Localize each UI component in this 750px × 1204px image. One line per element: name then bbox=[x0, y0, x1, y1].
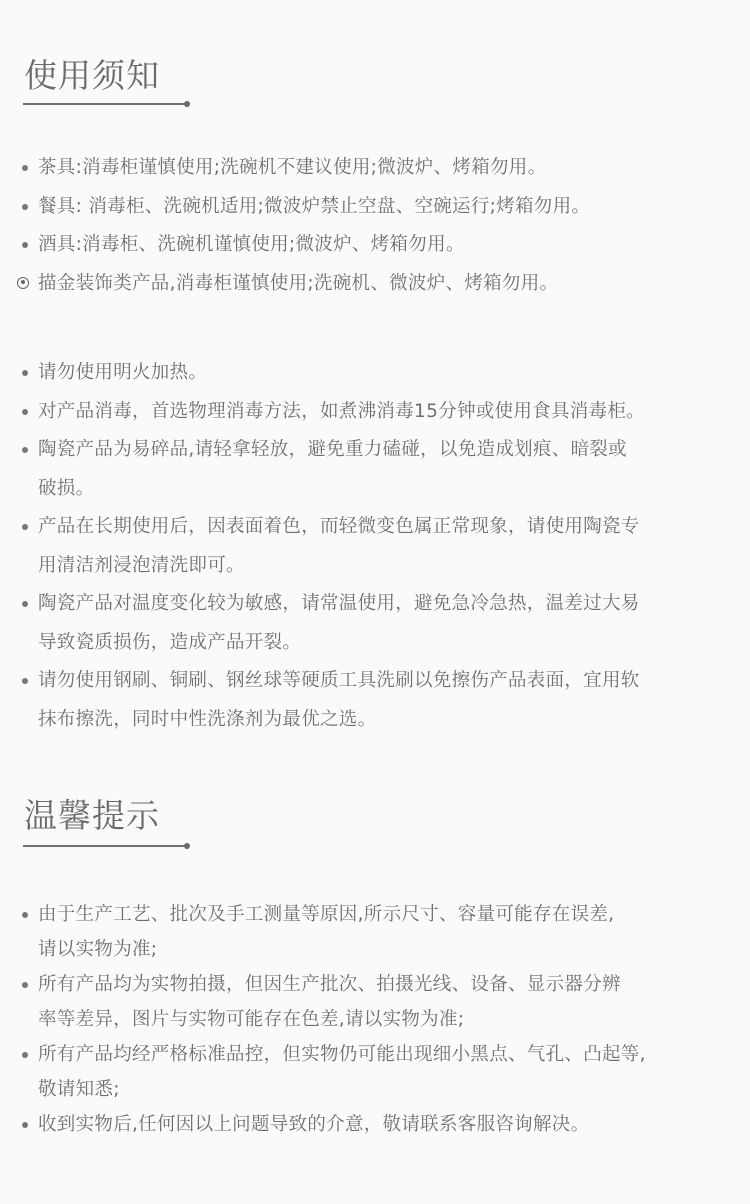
item-text: 请勿使用明火加热。 bbox=[38, 362, 207, 383]
list-item: 餐具: 消毒柜、洗碗机适用;微波炉禁止空盘、空碗运行;烤箱勿用。 bbox=[0, 188, 750, 227]
list-item: 产品在长期使用后，因表面着色，而轻微变色属正常现象，请使用陶瓷专 用清洁剂浸泡清… bbox=[0, 508, 750, 585]
list-item: 陶瓷产品对温度变化较为敏感，请常温使用，避免急冷急热，温差过大易 导致瓷质损伤，… bbox=[0, 585, 750, 662]
item-text-line: 产品在长期使用后，因表面着色，而轻微变色属正常现象，请使用陶瓷专 bbox=[38, 516, 640, 537]
item-text: 餐具: 消毒柜、洗碗机适用;微波炉禁止空盘、空碗运行;烤箱勿用。 bbox=[38, 196, 590, 217]
underline-end-dot-icon bbox=[184, 101, 190, 107]
item-text-line: 敬请知悉; bbox=[38, 1079, 120, 1100]
circled-dot-icon bbox=[17, 277, 29, 289]
list-item: 请勿使用钢刷、铜刷、钢丝球等硬质工具洗刷以免擦伤产品表面，宜用软 抹布擦洗，同时… bbox=[0, 662, 750, 739]
item-text: 收到实物后,任何因以上问题导致的介意，敬请联系客服咨询解决。 bbox=[38, 1114, 589, 1135]
list-item: 茶具:消毒柜谨慎使用;洗碗机不建议使用;微波炉、烤箱勿用。 bbox=[0, 149, 750, 188]
bullet-dot-icon bbox=[22, 982, 28, 988]
tips-list: 由于生产工艺、批次及手工测量等原因,所示尺寸、容量可能存在误差, 请以实物为准;… bbox=[0, 897, 750, 1142]
item-text-line: 所有产品均为实物拍摄，但因生产批次、拍摄光线、设备、显示器分辨 bbox=[38, 974, 621, 995]
underline-end-dot-icon bbox=[184, 843, 190, 849]
bullet-dot-icon bbox=[22, 1122, 28, 1128]
list-item: 描金装饰类产品,消毒柜谨慎使用;洗碗机、微波炉、烤箱勿用。 bbox=[0, 265, 750, 304]
bullet-dot-icon bbox=[22, 678, 28, 684]
bullet-dot-icon bbox=[22, 204, 28, 210]
list-item: 由于生产工艺、批次及手工测量等原因,所示尺寸、容量可能存在误差, 请以实物为准; bbox=[0, 897, 750, 967]
item-text-line: 请以实物为准; bbox=[38, 939, 157, 960]
bullet-dot-icon bbox=[22, 242, 28, 248]
item-text: 酒具:消毒柜、洗碗机谨慎使用;微波炉、烤箱勿用。 bbox=[38, 234, 465, 255]
item-text-line: 请勿使用钢刷、铜刷、钢丝球等硬质工具洗刷以免擦伤产品表面，宜用软 bbox=[38, 670, 640, 691]
item-text-line: 由于生产工艺、批次及手工测量等原因,所示尺寸、容量可能存在误差, bbox=[38, 904, 614, 925]
bullet-dot-icon bbox=[22, 1052, 28, 1058]
item-text-line: 所有产品均经严格标准品控，但实物仍可能出现细小黑点、气孔、凸起等, bbox=[38, 1044, 646, 1065]
usage-warnings-list: 请勿使用明火加热。 对产品消毒，首选物理消毒方法，如煮沸消毒15分钟或使用食具消… bbox=[0, 354, 750, 739]
list-item: 请勿使用明火加热。 bbox=[0, 354, 750, 393]
item-text: 茶具:消毒柜谨慎使用;洗碗机不建议使用;微波炉、烤箱勿用。 bbox=[38, 157, 546, 178]
list-item: 酒具:消毒柜、洗碗机谨慎使用;微波炉、烤箱勿用。 bbox=[0, 226, 750, 265]
list-item: 所有产品均经严格标准品控，但实物仍可能出现细小黑点、气孔、凸起等, 敬请知悉; bbox=[0, 1037, 750, 1107]
list-item: 所有产品均为实物拍摄，但因生产批次、拍摄光线、设备、显示器分辨 率等差异，图片与… bbox=[0, 967, 750, 1037]
item-text-line: 用清洁剂浸泡清洗即可。 bbox=[38, 555, 245, 576]
list-item: 收到实物后,任何因以上问题导致的介意，敬请联系客服咨询解决。 bbox=[0, 1107, 750, 1142]
item-text: 描金装饰类产品,消毒柜谨慎使用;洗碗机、微波炉、烤箱勿用。 bbox=[38, 273, 558, 294]
usage-care-list: 茶具:消毒柜谨慎使用;洗碗机不建议使用;微波炉、烤箱勿用。 餐具: 消毒柜、洗碗… bbox=[0, 149, 750, 303]
bullet-dot-icon bbox=[22, 912, 28, 918]
bullet-dot-icon bbox=[22, 165, 28, 171]
list-item: 陶瓷产品为易碎品,请轻拿轻放，避免重力磕碰，以免造成划痕、暗裂或 破损。 bbox=[0, 431, 750, 508]
bullet-dot-icon bbox=[22, 370, 28, 376]
item-text-line: 陶瓷产品对温度变化较为敏感，请常温使用，避免急冷急热，温差过大易 bbox=[38, 593, 640, 614]
item-text-line: 抹布擦洗，同时中性洗涤剂为最优之选。 bbox=[38, 709, 376, 730]
section-title-tips: 温馨提示 bbox=[24, 796, 160, 836]
list-item: 对产品消毒，首选物理消毒方法，如煮沸消毒15分钟或使用食具消毒柜。 bbox=[0, 393, 750, 432]
bullet-dot-icon bbox=[22, 524, 28, 530]
item-text: 对产品消毒，首选物理消毒方法，如煮沸消毒15分钟或使用食具消毒柜。 bbox=[38, 401, 645, 422]
item-text-line: 破损。 bbox=[38, 478, 94, 499]
item-text-line: 导致瓷质损伤，造成产品开裂。 bbox=[38, 632, 301, 653]
title-underline bbox=[23, 103, 187, 105]
title-underline bbox=[23, 845, 187, 847]
bullet-dot-icon bbox=[22, 447, 28, 453]
item-text-line: 率等差异，图片与实物可能存在色差,请以实物为准; bbox=[38, 1009, 464, 1030]
bullet-dot-icon bbox=[22, 601, 28, 607]
bullet-dot-icon bbox=[22, 409, 28, 415]
item-text-line: 陶瓷产品为易碎品,请轻拿轻放，避免重力磕碰，以免造成划痕、暗裂或 bbox=[38, 439, 627, 460]
section-title-usage: 使用须知 bbox=[24, 56, 160, 96]
